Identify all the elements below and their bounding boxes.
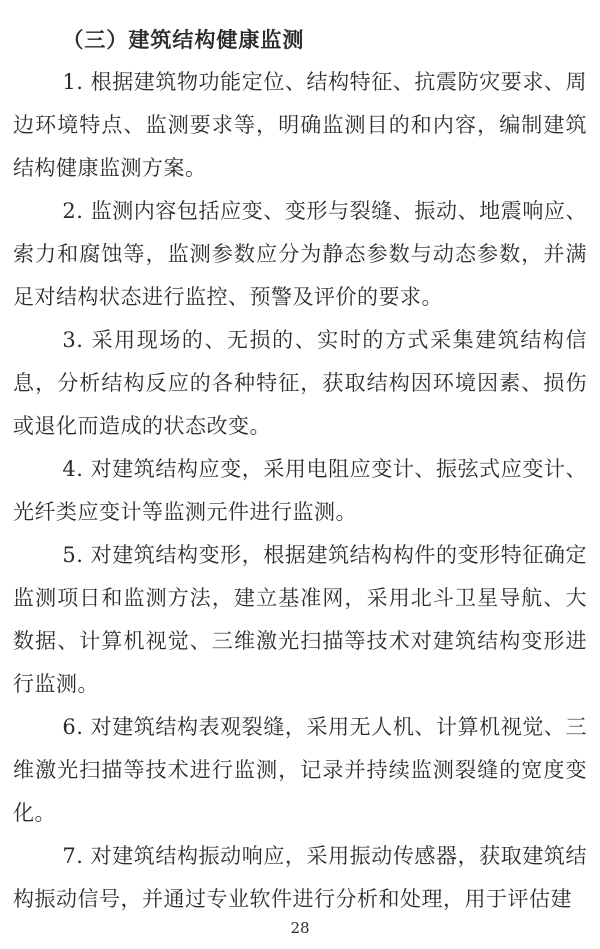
page-footer: 28 [0,918,600,937]
paragraph-6: 6. 对建筑结构表观裂缝，采用无人机、计算机视觉、三维激光扫描等技术进行监测，记… [13,706,587,835]
section-heading: （三）建筑结构健康监测 [13,18,587,61]
paragraph-7: 7. 对建筑结构振动响应，采用振动传感器，获取建筑结构振动信号，并通过专业软件进… [13,835,587,921]
document-page: （三）建筑结构健康监测 1. 根据建筑物功能定位、结构特征、抗震防灾要求、周边环… [0,0,600,949]
paragraph-3: 3. 采用现场的、无损的、实时的方式采集建筑结构信息，分析结构反应的各种特征，获… [13,319,587,448]
paragraph-4: 4. 对建筑结构应变，采用电阻应变计、振弦式应变计、光纤类应变计等监测元件进行监… [13,448,587,534]
paragraph-5: 5. 对建筑结构变形，根据建筑结构构件的变形特征确定监测项日和监测方法，建立基准… [13,534,587,706]
page-number: 28 [290,919,309,937]
paragraph-1: 1. 根据建筑物功能定位、结构特征、抗震防灾要求、周边环境特点、监测要求等，明确… [13,61,587,190]
paragraph-2: 2. 监测内容包括应变、变形与裂缝、振动、地震响应、索力和腐蚀等，监测参数应分为… [13,190,587,319]
